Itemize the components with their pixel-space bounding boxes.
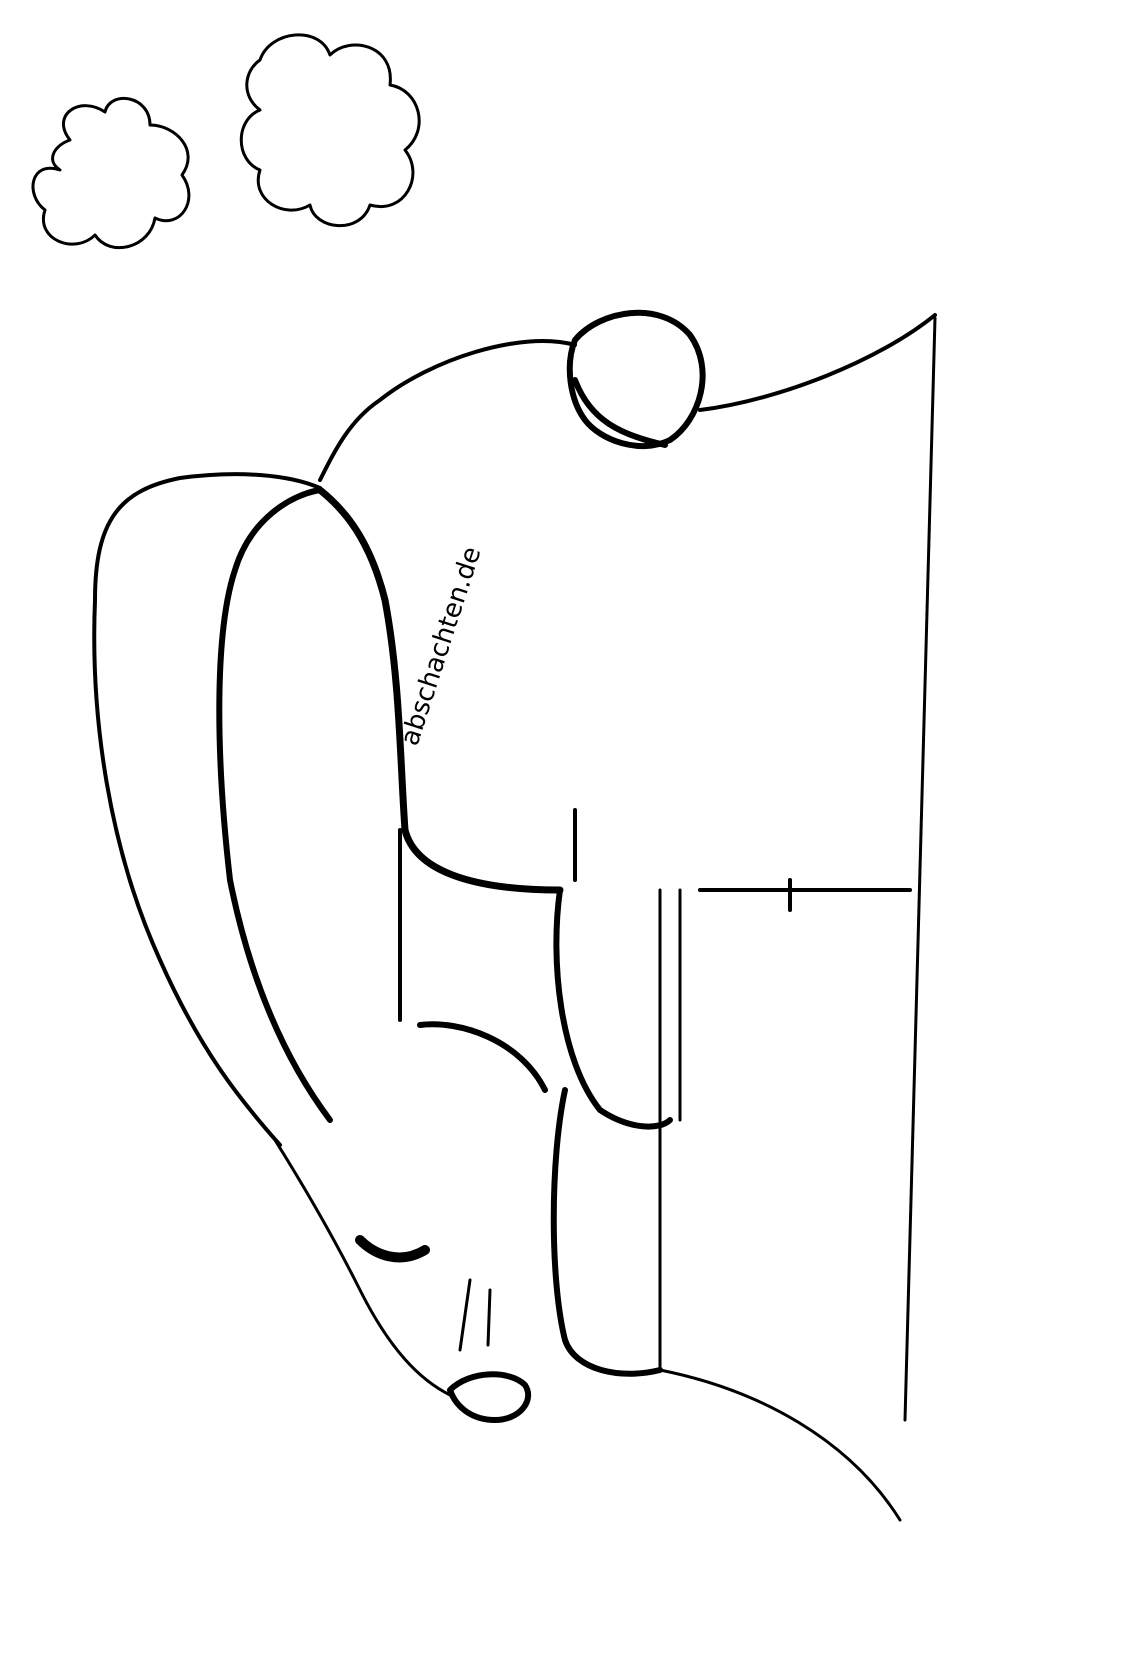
head-lower — [275, 1140, 450, 1395]
rabbit-back — [320, 341, 575, 480]
ear-inner — [219, 490, 330, 1120]
front-paw — [556, 890, 670, 1127]
small-cloud — [33, 98, 189, 247]
eye — [360, 1240, 425, 1257]
large-cloud — [241, 35, 419, 226]
rabbit-drawing — [0, 0, 1128, 1672]
tail — [570, 313, 703, 446]
belly — [660, 1370, 900, 1520]
nose — [450, 1374, 528, 1420]
